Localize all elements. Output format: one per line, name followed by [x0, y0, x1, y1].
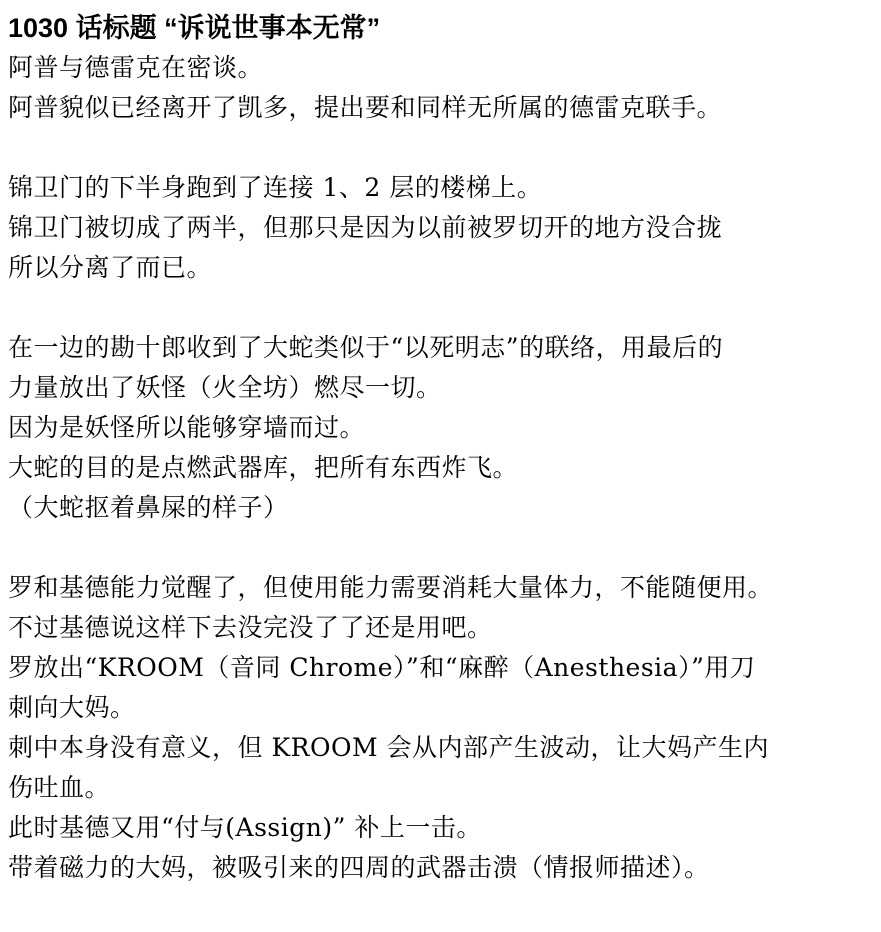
text-line: 刺中本身没有意义，但 KROOM 会从内部产生波动，让大妈产生内: [8, 728, 881, 768]
text-line: 不过基德说这样下去没完没了了还是用吧。: [8, 608, 881, 648]
paragraph-kinemon: 锦卫门的下半身跑到了连接 1、2 层的楼梯上。 锦卫门被切成了两半，但那只是因为…: [8, 168, 881, 288]
text-line: 罗放出“KROOM（音同 Chrome）”和“麻醉（Anesthesia）”用刀: [8, 648, 881, 688]
text-line: （大蛇抠着鼻屎的样子）: [8, 488, 881, 528]
text-line: 带着磁力的大妈，被吸引来的四周的武器击溃（情报师描述）。: [8, 848, 881, 888]
paragraph-spacer: [8, 128, 881, 168]
text-line: 阿普貌似已经离开了凯多，提出要和同样无所属的德雷克联手。: [8, 88, 881, 128]
text-line: 刺向大妈。: [8, 688, 881, 728]
paragraph-law-kid: 罗和基德能力觉醒了，但使用能力需要消耗大量体力，不能随便用。 不过基德说这样下去…: [8, 568, 881, 888]
document: 1030 话标题 “诉说世事本无常” 阿普与德雷克在密谈。 阿普貌似已经离开了凯…: [0, 0, 881, 888]
text-line: 在一边的勘十郎收到了大蛇类似于“以死明志”的联络，用最后的: [8, 328, 881, 368]
paragraph-spacer: [8, 288, 881, 328]
chapter-title: 1030 话标题 “诉说世事本无常”: [8, 8, 881, 48]
text-line: 因为是妖怪所以能够穿墙而过。: [8, 408, 881, 448]
text-line: 锦卫门被切成了两半，但那只是因为以前被罗切开的地方没合拢: [8, 208, 881, 248]
text-line: 大蛇的目的是点燃武器库，把所有东西炸飞。: [8, 448, 881, 488]
text-line: 阿普与德雷克在密谈。: [8, 48, 881, 88]
text-line: 所以分离了而已。: [8, 248, 881, 288]
text-line: 力量放出了妖怪（火全坊）燃尽一切。: [8, 368, 881, 408]
paragraph-meeting: 阿普与德雷克在密谈。 阿普貌似已经离开了凯多，提出要和同样无所属的德雷克联手。: [8, 48, 881, 128]
paragraph-kanjuro: 在一边的勘十郎收到了大蛇类似于“以死明志”的联络，用最后的 力量放出了妖怪（火全…: [8, 328, 881, 528]
text-line: 此时基德又用“付与(Assign)” 补上一击。: [8, 808, 881, 848]
text-line: 罗和基德能力觉醒了，但使用能力需要消耗大量体力，不能随便用。: [8, 568, 881, 608]
paragraph-spacer: [8, 528, 881, 568]
text-line: 伤吐血。: [8, 768, 881, 808]
text-line: 锦卫门的下半身跑到了连接 1、2 层的楼梯上。: [8, 168, 881, 208]
